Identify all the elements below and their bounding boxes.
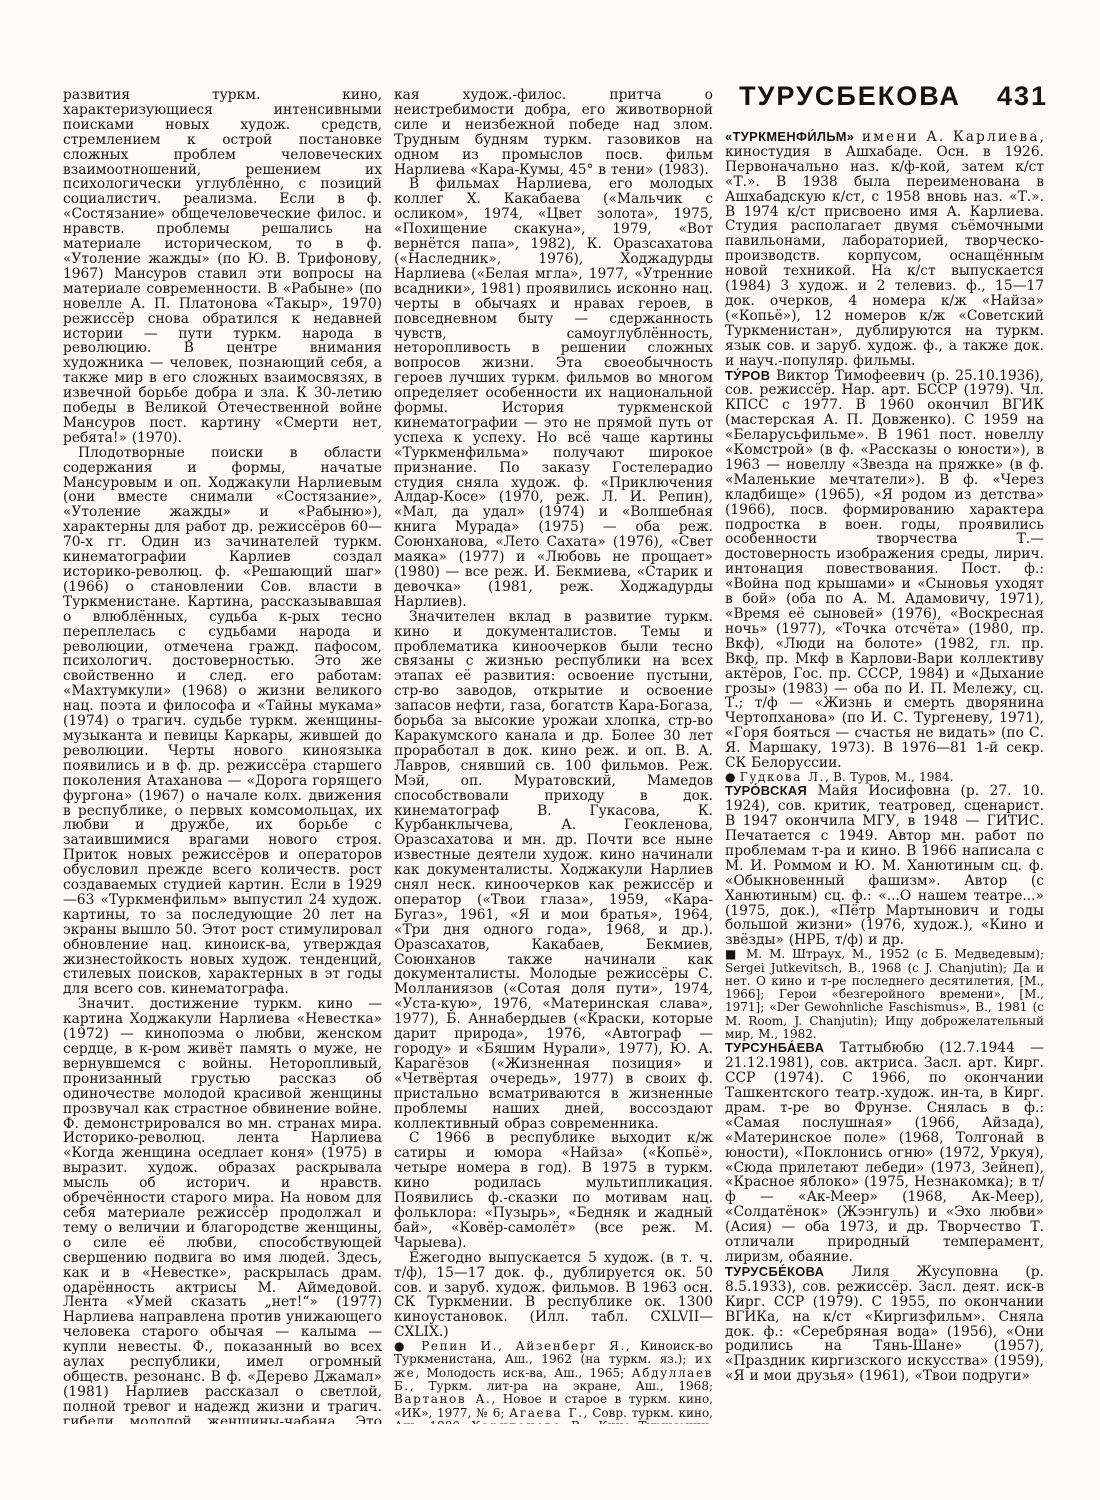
text-segment: развития туркм. кино, характеризующиеся … — [63, 88, 382, 446]
text-segment: Гудкова Л. — [740, 770, 825, 784]
entry-tursunbaeva: ТУРСУНБА́ЕВА Таттыбюбю (12.7.1944 — 21.1… — [725, 1041, 1044, 1265]
text-segment: Лиля Жусуповна (р. 8.5.1933), сов. режис… — [725, 1264, 1044, 1384]
text-segment: ТУРО́ВСКАЯ — [725, 783, 807, 798]
text-segment: кая худож.-филос. притча о неистребимост… — [394, 88, 713, 178]
entry-turovskaya: ТУРО́ВСКАЯ Майя Иосифовна (р. 27. 10. 19… — [725, 784, 1044, 948]
text-segment: ● — [394, 1339, 421, 1353]
bibliography-turovskaya: ■ М. М. Штраух, М., 1952 (с Б. Медведевы… — [725, 948, 1044, 1041]
text-segment: ТУРСУНБА́ЕВА — [725, 1040, 824, 1055]
text-segment: Значителен вклад в развитие туркм. кино … — [394, 609, 713, 1132]
paragraph-plodotvornye-poiski: Плодотворные поиски в области содержания… — [63, 446, 382, 998]
text-segment: ТУРУСБЕ́КОВА — [725, 1264, 824, 1279]
encyclopedia-page: ТУРУСБЕКОВА 431 развития туркм. кино, ха… — [0, 0, 1100, 1500]
text-segment: , киностудия в Ашхабаде. Осн. в 1926. Пе… — [725, 129, 1044, 369]
text-segment: Харитонова В. — [472, 1419, 587, 1424]
text-segment: Таттыбюбю (12.7.1944 — 21.12.1981), сов.… — [725, 1040, 1044, 1265]
text-segment: Агаева Г. — [509, 1406, 583, 1420]
paragraph-nevestka: Значит. достижение туркм. кино — картина… — [63, 997, 382, 1424]
entry-turov: ТУ́РОВ Виктор Тимофеевич (р. 25.10.1936)… — [725, 369, 1044, 771]
text-segment: Репин И., Айзенберг Я. — [421, 1339, 626, 1353]
entry-turusbekova: ТУРУСБЕ́КОВА Лиля Жусуповна (р. 8.5.1933… — [725, 1265, 1044, 1384]
paragraph-ezhegodno: Ежегодно выпускается 5 худож. (в т. ч. т… — [394, 1251, 713, 1340]
text-segment: ■ М. М. Штраух, М., 1952 (с Б. Медведевы… — [725, 947, 1044, 1041]
text-segment: Ежегодно выпускается 5 худож. (в т. ч. т… — [394, 1250, 713, 1341]
paragraph-najza-multiplikacia: С 1966 в республике выходит к/ж сатиры и… — [394, 1131, 713, 1250]
text-segment: ● — [725, 770, 740, 784]
text-segment: , В. Туров, М., 1984. — [825, 770, 954, 784]
paragraph-dokumentalisty: Значителен вклад в развитие туркм. кино … — [394, 610, 713, 1132]
text-segment: С 1966 в республике выходит к/ж сатиры и… — [394, 1130, 713, 1250]
paragraph-filmy-narlieva: В фильмах Нарлиева, его молодых коллег Х… — [394, 177, 713, 609]
paragraph-continuation-pritcha: кая худож.-филос. притча о неистребимост… — [394, 88, 713, 177]
text-segment: «ТУРКМЕНФИ́ЛЬМ» — [725, 129, 854, 144]
text-segment: ТУ́РОВ — [725, 368, 770, 383]
text-columns: развития туркм. кино, характеризующиеся … — [63, 88, 1044, 1424]
bibliography-turkmen-cinema: ● Репин И., Айзенберг Я., Киноиск-во Тур… — [394, 1340, 713, 1424]
bibliography-turov: ● Гудкова Л., В. Туров, М., 1984. — [725, 771, 1044, 784]
text-segment: имени А. Карлиева — [854, 129, 1039, 145]
column-middle: кая худож.-филос. притча о неистребимост… — [394, 88, 713, 1424]
entry-turkmenfilm: «ТУРКМЕНФИ́ЛЬМ» имени А. Карлиева, кинос… — [725, 130, 1044, 369]
text-segment: Виктор Тимофеевич (р. 25.10.1936), сов. … — [725, 368, 1044, 772]
text-segment: , Молодость иск-ва, Аш., 1965; — [415, 1366, 631, 1380]
column-left: развития туркм. кино, характеризующиеся … — [63, 88, 382, 1424]
column-right: «ТУРКМЕНФИ́ЛЬМ» имени А. Карлиева, кинос… — [725, 88, 1044, 1424]
paragraph-continuation-turkmen-cinema: развития туркм. кино, характеризующиеся … — [63, 88, 382, 446]
text-segment: Вартанов А. — [394, 1392, 491, 1406]
text-segment: Значит. достижение туркм. кино — картина… — [63, 996, 382, 1424]
text-segment: , Туркм. лит-ра на экране, Аш., 1968; — [410, 1379, 713, 1393]
text-segment: Майя Иосифовна (р. 27. 10. 1924), сов. к… — [725, 783, 1044, 948]
text-segment: Плодотворные поиски в области содержания… — [63, 445, 382, 998]
text-segment: В фильмах Нарлиева, его молодых коллег Х… — [394, 176, 713, 609]
